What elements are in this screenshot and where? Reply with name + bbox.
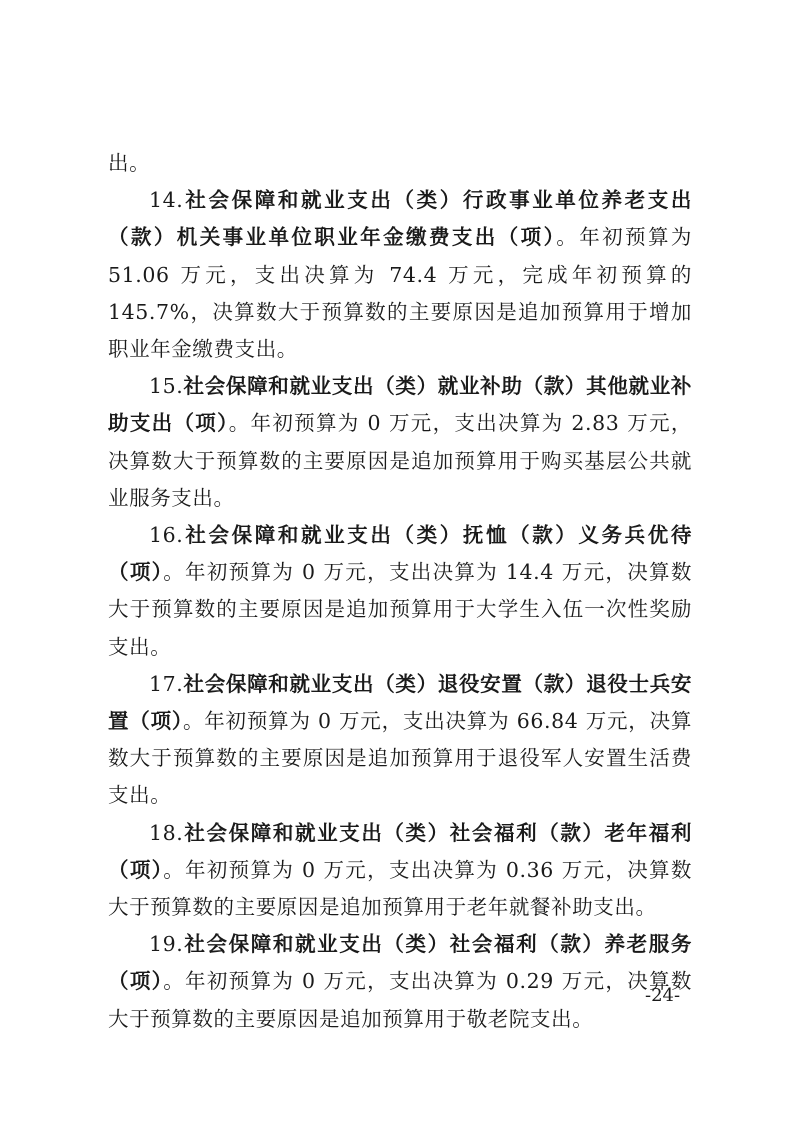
item-number: 18. bbox=[149, 821, 183, 845]
item-body: 。年初预算为 0 万元，支出决算为 0.29 万元，决算数大于预算数的主要原因是… bbox=[108, 969, 692, 1030]
item-body: 。年初预算为 0 万元，支出决算为 14.4 万元，决算数大于预算数的主要原因是… bbox=[108, 560, 692, 658]
page-number: -24- bbox=[645, 985, 680, 1006]
item-18: 18.社会保障和就业支出（类）社会福利（款）老年福利（项）。年初预算为 0 万元… bbox=[108, 815, 692, 927]
item-16: 16.社会保障和就业支出（类）抚恤（款）义务兵优待（项）。年初预算为 0 万元，… bbox=[108, 517, 692, 666]
item-14: 14.社会保障和就业支出（类）行政事业单位养老支出（款）机关事业单位职业年金缴费… bbox=[108, 182, 692, 368]
item-number: 14. bbox=[149, 188, 183, 212]
item-body: 。年初预算为 0 万元，支出决算为 66.84 万元，决算数大于预算数的主要原因… bbox=[108, 709, 692, 807]
item-17: 17.社会保障和就业支出（类）退役安置（款）退役士兵安置（项）。年初预算为 0 … bbox=[108, 666, 692, 815]
item-number: 15. bbox=[149, 374, 183, 398]
item-number: 17. bbox=[149, 672, 183, 696]
item-number: 19. bbox=[149, 932, 183, 956]
item-number: 16. bbox=[149, 523, 183, 547]
document-page: 出。 14.社会保障和就业支出（类）行政事业单位养老支出（款）机关事业单位职业年… bbox=[108, 145, 692, 1038]
item-15: 15.社会保障和就业支出（类）就业补助（款）其他就业补助支出（项）。年初预算为 … bbox=[108, 368, 692, 517]
continuation-text: 出。 bbox=[108, 145, 692, 182]
item-body: 。年初预算为 0 万元，支出决算为 0.36 万元，决算数大于预算数的主要原因是… bbox=[108, 858, 692, 919]
item-19: 19.社会保障和就业支出（类）社会福利（款）养老服务（项）。年初预算为 0 万元… bbox=[108, 926, 692, 1038]
